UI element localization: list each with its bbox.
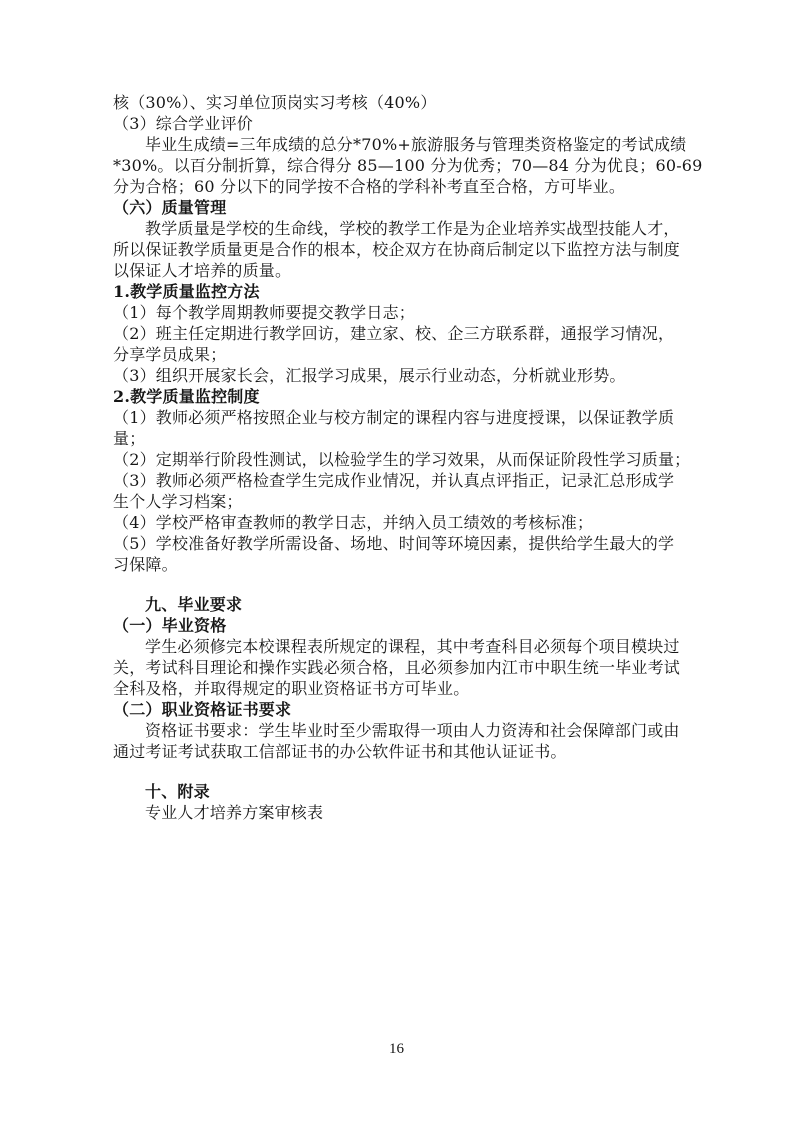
text-line: 全科及格，并取得规定的职业资格证书方可毕业。 [113, 678, 685, 699]
text-line: 资格证书要求：学生毕业时至少需取得一项由人力资涛和社会保障部门或由 [113, 720, 685, 741]
document-page: 核（30%）、实习单位顶岗实习考核（40%）（3）综合学业评价毕业生成绩=三年成… [0, 0, 793, 1122]
text-line: （5）学校准备好教学所需设备、场地、时间等环境因素，提供给学生最大的学 [113, 533, 685, 554]
heading-line: 2.教学质量监控制度 [113, 386, 685, 407]
text-line: *30%。以百分制折算，综合得分 85—100 分为优秀；70—84 分为优良；… [113, 155, 685, 176]
heading-line: 九、毕业要求 [113, 594, 685, 615]
text-line: 分享学员成果； [113, 344, 685, 365]
text-line: （1）每个教学周期教师要提交教学日志； [113, 302, 685, 323]
text-line: 所以保证教学质量更是合作的根本，校企双方在协商后制定以下监控方法与制度 [113, 239, 685, 260]
text-line: 核（30%）、实习单位顶岗实习考核（40%） [113, 92, 685, 113]
text-line: （1）教师必须严格按照企业与校方制定的课程内容与进度授课，以保证教学质 [113, 407, 685, 428]
text-line: （4）学校严格审查教师的教学日志，并纳入员工绩效的考核标准； [113, 512, 685, 533]
heading-line: （二）职业资格证书要求 [113, 699, 685, 720]
text-line: 专业人才培养方案审核表 [113, 802, 685, 823]
blank-line [113, 575, 685, 594]
text-line: 分为合格；60 分以下的同学按不合格的学科补考直至合格，方可毕业。 [113, 176, 685, 197]
blank-line [113, 762, 685, 781]
text-line: 教学质量是学校的生命线，学校的教学工作是为企业培养实战型技能人才， [113, 218, 685, 239]
text-line: （3）组织开展家长会，汇报学习成果，展示行业动态，分析就业形势。 [113, 365, 685, 386]
text-line: （2）班主任定期进行教学回访，建立家、校、企三方联系群，通报学习情况， [113, 323, 685, 344]
page-number: 16 [0, 1040, 793, 1058]
text-line: 以保证人才培养的质量。 [113, 260, 685, 281]
heading-line: 1.教学质量监控方法 [113, 281, 685, 302]
text-line: 生个人学习档案； [113, 491, 685, 512]
text-line: 量； [113, 428, 685, 449]
document-body: 核（30%）、实习单位顶岗实习考核（40%）（3）综合学业评价毕业生成绩=三年成… [113, 92, 685, 823]
heading-line: 十、附录 [113, 781, 685, 802]
text-line: 毕业生成绩=三年成绩的总分*70%+旅游服务与管理类资格鉴定的考试成绩 [113, 134, 685, 155]
heading-line: （六）质量管理 [113, 197, 685, 218]
text-line: （2）定期举行阶段性测试，以检验学生的学习效果，从而保证阶段性学习质量； [113, 449, 685, 470]
text-line: 通过考证考试获取工信部证书的办公软件证书和其他认证证书。 [113, 741, 685, 762]
text-line: （3）教师必须严格检查学生完成作业情况，并认真点评指正，记录汇总形成学 [113, 470, 685, 491]
text-line: 关，考试科目理论和操作实践必须合格，且必须参加内江市中职生统一毕业考试 [113, 657, 685, 678]
text-line: 习保障。 [113, 554, 685, 575]
text-line: （3）综合学业评价 [113, 113, 685, 134]
text-line: 学生必须修完本校课程表所规定的课程，其中考查科目必须每个项目模块过 [113, 636, 685, 657]
heading-line: （一）毕业资格 [113, 615, 685, 636]
